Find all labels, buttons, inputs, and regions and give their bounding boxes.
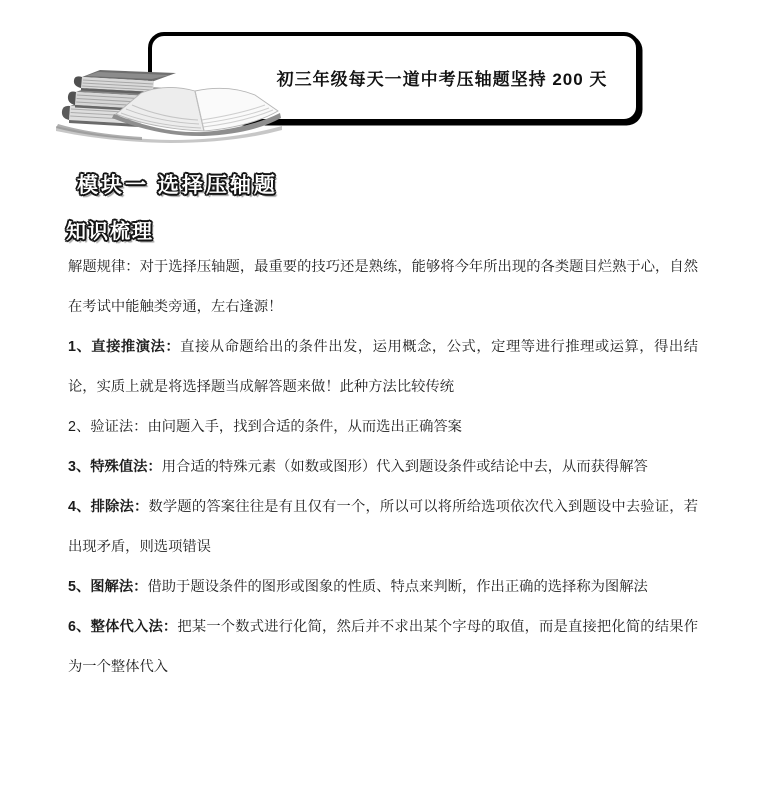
paragraph-text: 用合适的特殊元素（如数或图形）代入到题设条件或结论中去，从而获得解答: [162, 459, 648, 475]
paragraph-text: 由问题入手，找到合适的条件，从而选出正确答案: [147, 419, 462, 435]
module-heading: 模块一 选择压轴题: [77, 169, 278, 199]
paragraph-lead: 1、直接推演法：: [68, 339, 180, 355]
document-page: 初三年级每天一道中考压轴题坚持 200 天: [0, 0, 761, 800]
knowledge-content: 解题规律：对于选择压轴题，最重要的技巧还是熟练，能够将今年所出现的各类题目烂熟于…: [68, 247, 698, 687]
paragraph-lead: 4、排除法：: [68, 499, 148, 515]
paragraph-lead: 解题规律：: [68, 259, 140, 275]
paragraph-lead: 6、整体代入法：: [68, 619, 177, 635]
paragraph-lead: 3、特殊值法：: [68, 459, 162, 475]
section-heading-knowledge: 知识梳理: [66, 215, 154, 244]
method-paragraph-1: 1、直接推演法：直接从命题给出的条件出发，运用概念，公式，定理等进行推理或运算，…: [68, 327, 698, 407]
paragraph-lead: 5、图解法：: [68, 579, 147, 595]
method-paragraph-3: 3、特殊值法：用合适的特殊元素（如数或图形）代入到题设条件或结论中去，从而获得解…: [68, 447, 698, 487]
books-stack-icon: [52, 64, 286, 144]
paragraph-text: 借助于题设条件的图形或图象的性质、特点来判断，作出正确的选择称为图解法: [147, 579, 647, 595]
document-title: 初三年级每天一道中考压轴题坚持 200 天: [277, 65, 608, 90]
method-paragraph-5: 5、图解法：借助于题设条件的图形或图象的性质、特点来判断，作出正确的选择称为图解…: [68, 567, 698, 607]
paragraph-text: 对于选择压轴题，最重要的技巧还是熟练，能够将今年所出现的各类题目烂熟于心，自然在…: [68, 259, 698, 315]
method-paragraph-4: 4、排除法：数学题的答案往往是有且仅有一个，所以可以将所给选项依次代入到题设中去…: [68, 487, 698, 567]
method-paragraph-2: 2、验证法：由问题入手，找到合适的条件，从而选出正确答案: [68, 407, 698, 447]
paragraph-lead: 2、验证法：: [68, 419, 147, 435]
method-paragraph-6: 6、整体代入法：把某一个数式进行化简，然后并不求出某个字母的取值，而是直接把化简…: [68, 607, 698, 687]
intro-paragraph: 解题规律：对于选择压轴题，最重要的技巧还是熟练，能够将今年所出现的各类题目烂熟于…: [68, 247, 698, 327]
paragraph-text: 数学题的答案往往是有且仅有一个，所以可以将所给选项依次代入到题设中去验证，若出现…: [68, 499, 698, 555]
